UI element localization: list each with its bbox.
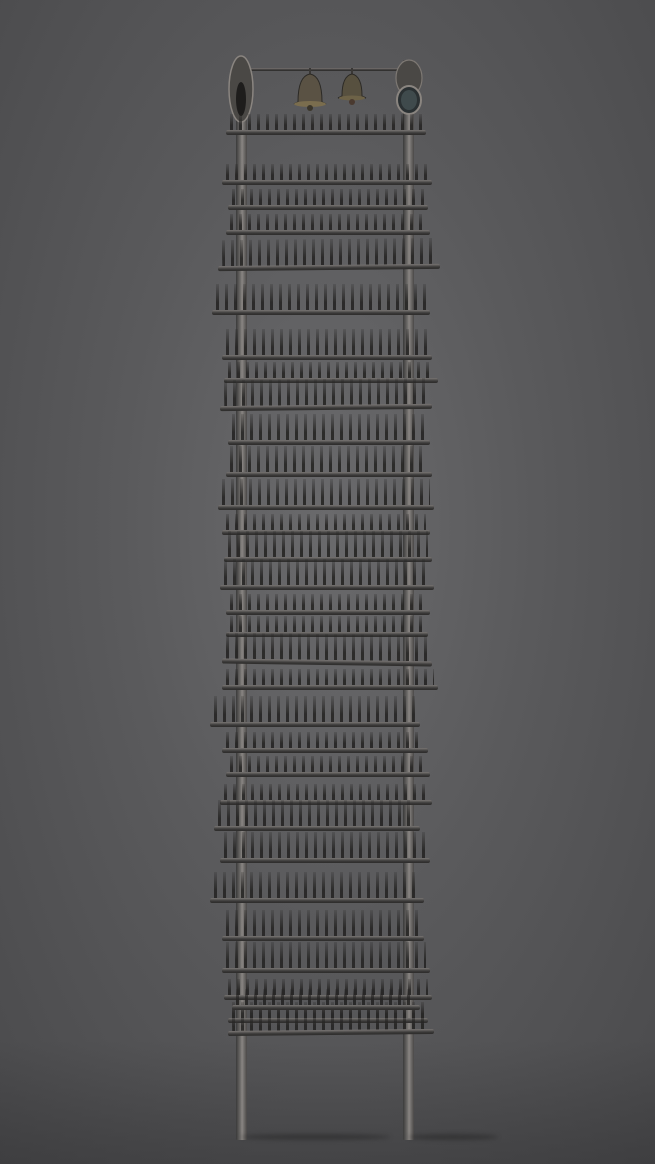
rung	[226, 610, 430, 615]
rung	[222, 180, 432, 185]
sculpture-photo	[0, 0, 655, 1164]
figure-row	[224, 559, 430, 585]
rung	[228, 205, 428, 210]
figure-row	[222, 479, 430, 505]
figure-row	[226, 910, 420, 936]
bell-small-icon	[336, 68, 368, 108]
figure-row	[232, 414, 426, 440]
rung	[222, 685, 438, 690]
figure-row	[222, 238, 436, 266]
rung	[226, 230, 430, 235]
rung	[226, 130, 426, 135]
figure-row	[224, 832, 426, 858]
left-rail-shadow	[240, 1134, 390, 1140]
figure-row	[232, 189, 424, 205]
figure-row	[226, 164, 428, 180]
rung	[210, 898, 424, 903]
rung	[212, 310, 430, 315]
rung	[226, 472, 432, 477]
figure-row	[230, 446, 428, 472]
bell-large-icon	[290, 68, 330, 112]
rung	[218, 505, 434, 510]
figure-row	[230, 594, 426, 610]
figure-row	[226, 732, 424, 748]
floor-shadow	[0, 1040, 655, 1164]
figure-row	[214, 696, 416, 722]
figure-row	[226, 669, 434, 685]
figure-row	[226, 942, 426, 968]
figure-row	[228, 362, 434, 378]
figure-row	[214, 872, 420, 898]
rung	[214, 826, 420, 831]
rung	[210, 722, 420, 727]
figure-row	[226, 329, 428, 355]
figure-row	[230, 616, 424, 632]
figure-row	[230, 756, 426, 772]
rung	[222, 968, 430, 973]
right-rail-shadow	[408, 1134, 498, 1140]
rung	[226, 772, 430, 777]
figure-row	[224, 378, 428, 406]
rung	[222, 748, 428, 753]
rung	[228, 440, 430, 445]
rung	[232, 1005, 420, 1010]
figure-row	[230, 214, 426, 230]
rung	[220, 858, 430, 863]
figure-row	[226, 633, 428, 662]
figure-row	[226, 514, 426, 530]
figure-row	[218, 800, 416, 826]
figure-row	[216, 284, 426, 310]
figure-row	[228, 531, 428, 557]
rung	[222, 355, 432, 360]
figure-row	[224, 784, 428, 800]
rung	[220, 585, 434, 590]
rung	[222, 936, 424, 941]
figure-row	[236, 989, 416, 1005]
figure-row	[232, 1013, 430, 1031]
figure-row	[230, 114, 422, 130]
